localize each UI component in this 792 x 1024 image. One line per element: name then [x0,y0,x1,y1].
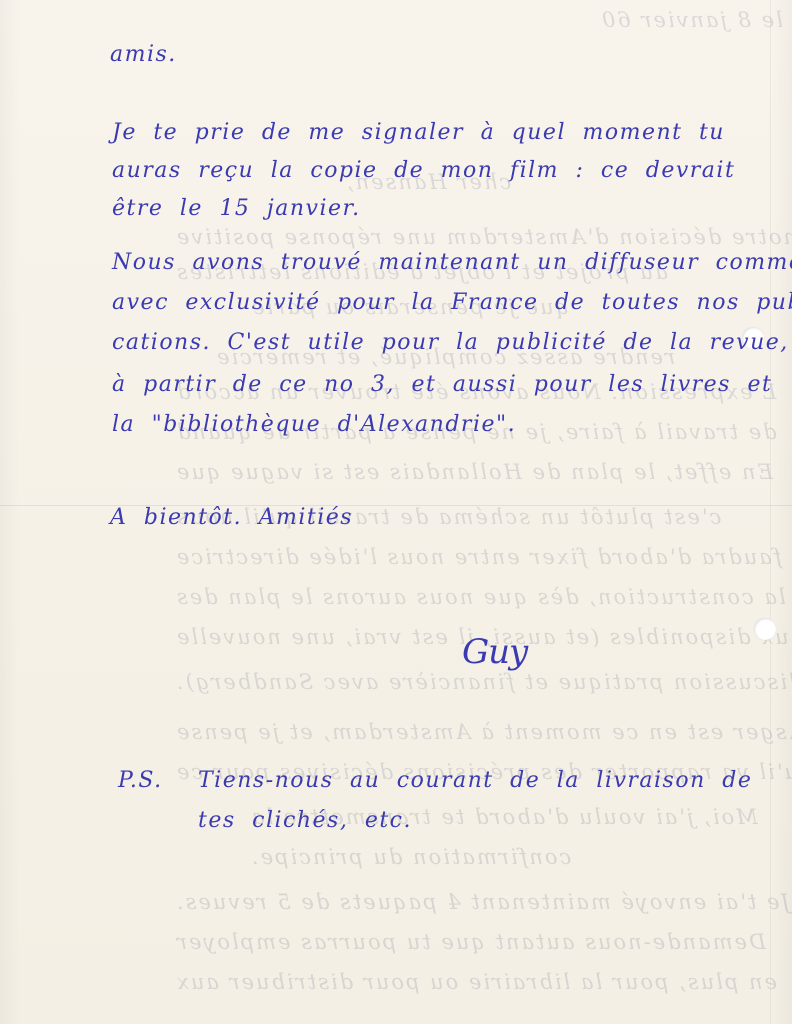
bleed-line: Je t'ai envoyé maintenant 4 paquets de 5… [175,890,790,914]
text-line: Je te prie de me signaler à quel moment … [112,120,725,145]
text-line: la "bibliothèque d'Alexandrie". [112,412,516,437]
bleed-line: En effet, le plan de Hollandais est si v… [175,460,773,484]
bleed-line: Demande-nous autant que tu pourras emplo… [175,930,766,954]
bleed-line: Après notre décision d'Amsterdam une rép… [175,225,792,249]
text-line: à partir de ce no 3, et aussi pour les l… [112,372,772,397]
bleed-line: faudra d'abord fixer entre nous l'idée d… [175,545,782,569]
bleed-line: confirmation du principe. [250,845,571,869]
closing-salutation: A bientôt. Amitiés [110,505,353,530]
text-line: auras reçu la copie de mon film : ce dev… [112,158,735,183]
bleed-line: Asger est en ce moment à Amsterdam, et j… [175,720,792,744]
text-line: avec exclusivité pour la France de toute… [112,290,792,315]
postscript-label: P.S. [118,768,163,793]
text-line: être le 15 janvier. [112,196,361,221]
vertical-fold-line [770,0,771,1024]
punch-hole-bottom [754,618,776,640]
bleed-line: le 8 janvier 60 [600,8,783,32]
bleed-line: en plus, pour la librairie ou pour distr… [175,970,777,994]
text-line: Nous avons trouvé maintenant un diffuseu… [112,250,792,275]
signature: Guy [462,632,527,672]
text-line: Tiens-nous au courant de la livraison de [198,768,752,793]
bleed-line: discussion pratique et financière avec S… [175,670,792,694]
opening-fragment: amis. [110,42,177,67]
text-line: tes clichés, etc. [198,808,412,833]
bleed-line: de la construction, dès que nous aurons … [175,585,792,609]
text-line: cations. C'est utile pour la publicité d… [112,330,789,355]
